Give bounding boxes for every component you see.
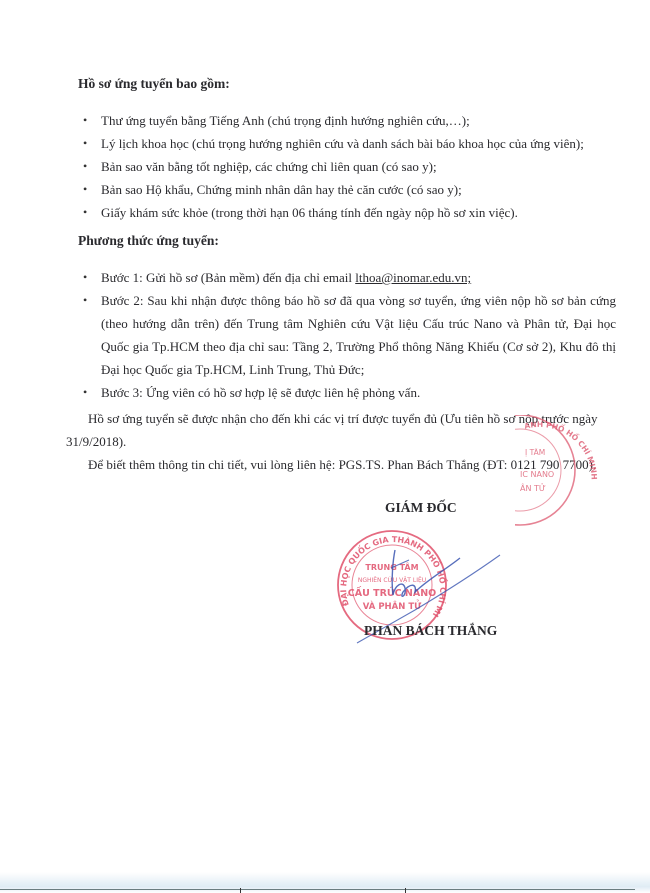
list-item-step-1: •Bước 1: Gửi hồ sơ (Bản mềm) đến địa chỉ… (80, 266, 616, 289)
svg-text:IC NANO: IC NANO (520, 470, 554, 479)
scan-tick-mark (240, 888, 241, 893)
bullet-icon: • (83, 381, 87, 404)
list-item-step-3: •Bước 3: Ứng viên có hồ sơ hợp lệ sẽ đượ… (80, 381, 616, 404)
signature-title: GIÁM ĐỐC (385, 500, 457, 516)
bullet-icon: • (83, 155, 87, 178)
bullet-icon: • (83, 201, 87, 224)
application-documents-list: •Thư ứng tuyển bằng Tiếng Anh (chú trọng… (80, 109, 616, 224)
scan-border-line (0, 889, 635, 890)
list-item: •Bản sao Hộ khẩu, Chứng minh nhân dân ha… (80, 178, 616, 201)
bullet-icon: • (83, 132, 87, 155)
svg-text:ÂN TỬ: ÂN TỬ (520, 482, 546, 493)
list-item: •Lý lịch khoa học (chú trọng hướng nghiê… (80, 132, 616, 155)
section-heading-application-method: Phương thức ứng tuyển: (78, 233, 219, 249)
bullet-icon: • (83, 109, 87, 132)
list-item-step-2: •Bước 2: Sau khi nhận được thông báo hồ … (80, 289, 616, 381)
section-heading-application-documents: Hồ sơ ứng tuyển bao gồm: (78, 76, 230, 92)
signatory-name: PHAN BÁCH THẮNG (364, 623, 497, 639)
edge-stamp-icon: ANH PHỐ HỒ CHÍ MINH Ị TÂM IC NANO ÂN TỬ (515, 415, 650, 530)
bullet-icon: • (83, 266, 87, 289)
application-steps-list: •Bước 1: Gửi hồ sơ (Bản mềm) đến địa chỉ… (80, 266, 616, 404)
document-page: Hồ sơ ứng tuyển bao gồm: •Thư ứng tuyển … (0, 0, 650, 893)
deadline-date-text: 31/9/2018). (66, 430, 126, 453)
bullet-icon: • (83, 289, 87, 312)
scan-tick-mark (405, 888, 406, 893)
list-item: •Giấy khám sức khỏe (trong thời hạn 06 t… (80, 201, 616, 224)
bullet-icon: • (83, 178, 87, 201)
list-item: •Thư ứng tuyển bằng Tiếng Anh (chú trọng… (80, 109, 616, 132)
svg-text:Ị TÂM: Ị TÂM (525, 448, 545, 457)
list-item: •Bản sao văn bằng tốt nghiệp, các chứng … (80, 155, 616, 178)
email-link[interactable]: lthoa@inomar.edu.vn; (355, 270, 471, 285)
